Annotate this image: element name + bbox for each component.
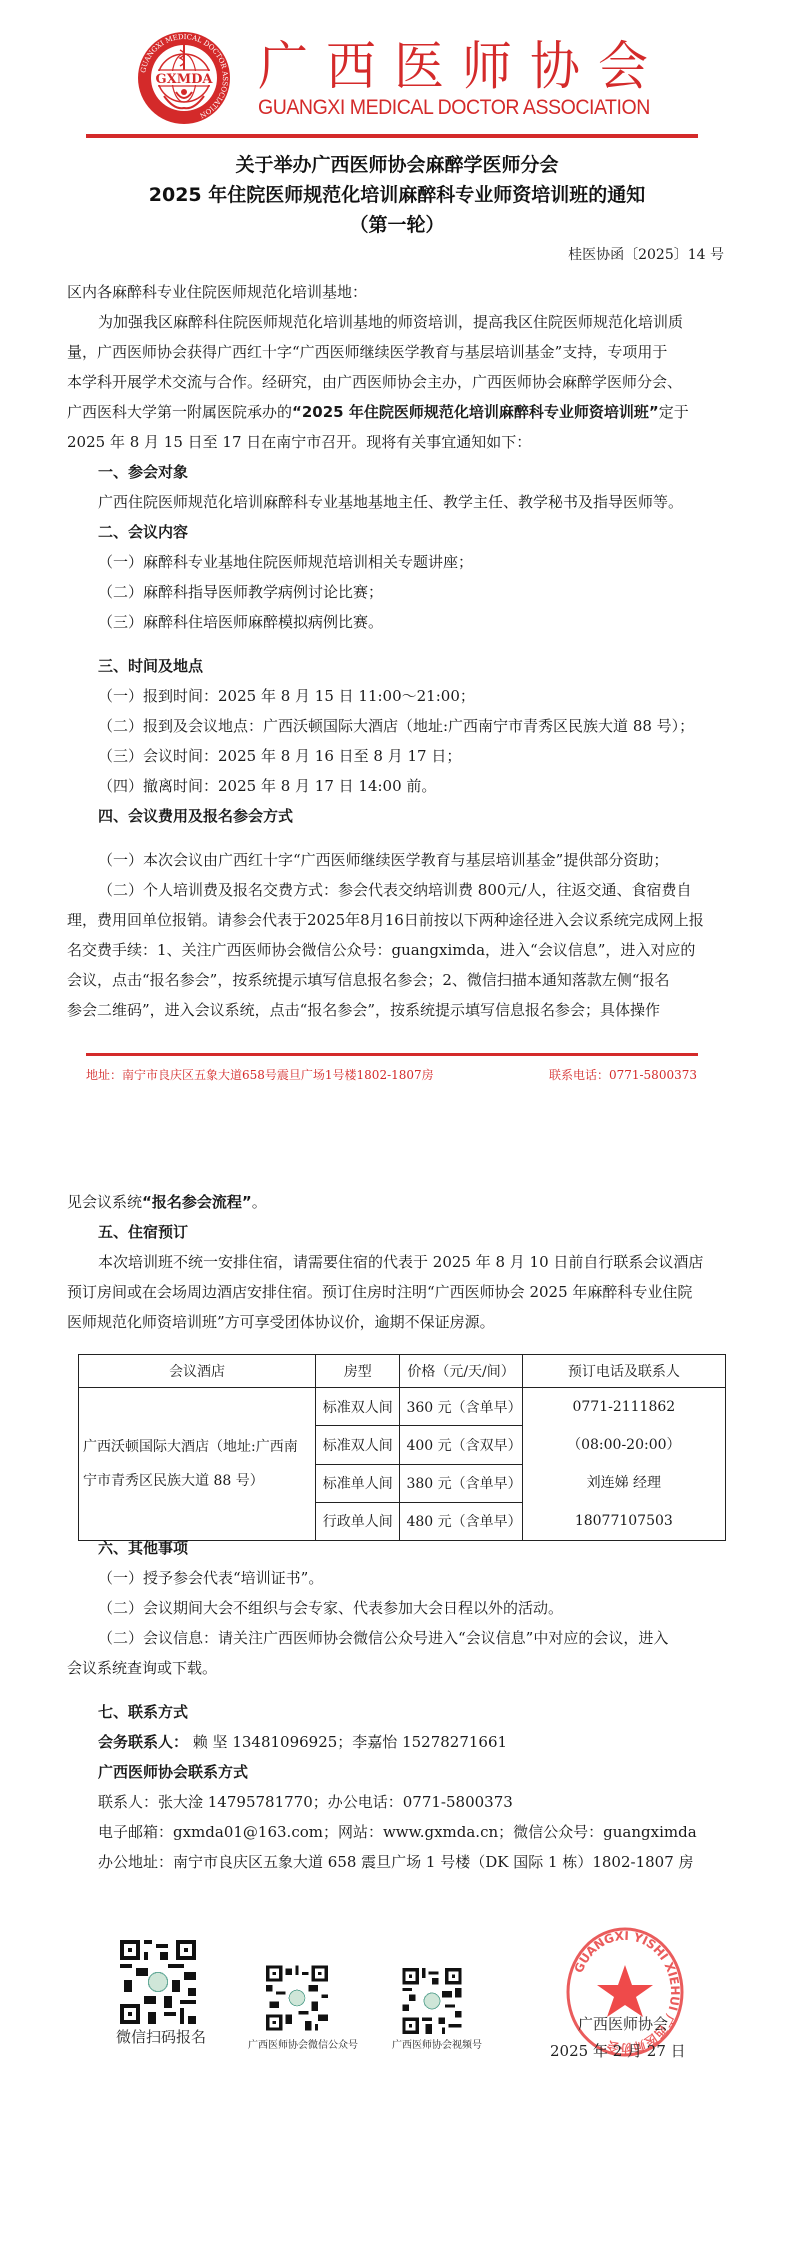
column-header: 房型 [315, 1355, 400, 1388]
registration-process-emphasis: “报名参会流程” [142, 1193, 252, 1211]
list-item: （三）麻醉科住培医师麻醉模拟病例比赛。 [98, 612, 758, 632]
table-header-row: 会议酒店 房型 价格（元/天/间） 预订电话及联系人 [79, 1355, 726, 1388]
org-name-chinese: 广西医师协会 [258, 35, 678, 98]
list-item: （二）麻醉科指导医师教学病例讨论比赛； [98, 582, 758, 602]
list-item: （三）会议时间：2025 年 8 月 16 日至 8 月 17 日； [98, 746, 758, 766]
notice-title-line3: （第一轮） [0, 210, 794, 237]
price-cell: 400 元（含双早） [400, 1426, 522, 1464]
contact-person-line: 联系人：张大淦 14795781770；办公电话：0771-5800373 [98, 1792, 758, 1812]
registration-qr-code[interactable] [120, 1940, 196, 2024]
intro-text: 广西医科大学第一附属医院承办的 [67, 403, 292, 421]
booking-contact-cell: 0771-2111862 （08:00-20:00） 刘连娣 经理 180771… [522, 1388, 725, 1541]
signing-date: 2025 年 2 月 27 日 [550, 2040, 686, 2061]
section-body: 广西住院医师规范化培训麻醉科专业基地基地主任、教学主任、教学秘书及指导医师等。 [98, 492, 758, 512]
price-cell: 360 元（含单早） [400, 1388, 522, 1426]
list-item: （一）报到时间：2025 年 8 月 15 日 11:00～21:00； [98, 686, 758, 706]
qr-code-icon [120, 1940, 196, 2024]
svg-text:GXMDA: GXMDA [156, 72, 214, 87]
section-heading-attendees: 一、参会对象 [98, 462, 758, 482]
section-heading-other: 六、其他事项 [98, 1538, 758, 1558]
signing-organization: 广西医师协会 [578, 2013, 668, 2034]
email-website-line: 电子邮箱：gxmda01@163.com；网站：www.gxmda.cn；微信公… [98, 1822, 758, 1842]
header-divider [86, 134, 698, 138]
booking-mobile: 18077107503 [523, 1502, 725, 1540]
affairs-contact-line: 会务联系人： 赖 坚 13481096925；李嘉怡 15278271661 [98, 1732, 758, 1752]
table-row: 广西沃顿国际大酒店（地址:广西南宁市青秀区民族大道 88 号） 标准双人间 36… [79, 1388, 726, 1426]
footer-divider [86, 1053, 698, 1056]
fee-paragraph: 会议，点击“报名参会”，按系统提示填写信息报名参会；2、微信扫描本通知落款左侧“… [67, 970, 727, 990]
accommodation-paragraph: 本次培训班不统一安排住宿，请需要住宿的代表于 2025 年 8 月 10 日前自… [98, 1252, 726, 1272]
list-item: （二）会议期间大会不组织与会专家、代表参加大会日程以外的活动。 [98, 1598, 758, 1618]
logo-emblem-icon: GXMDA GUANGXI MEDICAL DOCTOR ASSOCIATION [136, 30, 232, 126]
price-cell: 380 元（含单早） [400, 1464, 522, 1502]
training-name-emphasis: “2025 年住院医师规范化培训麻醉科专业师资培训班” [292, 403, 659, 421]
intro-line: 2025 年 8 月 15 日至 17 日在南宁市召开。现将有关事宜通知如下： [67, 432, 727, 452]
footer-phone: 联系电话：0771-5800373 [549, 1066, 697, 1083]
qr-caption: 微信扫码报名 [116, 2026, 206, 2047]
column-header: 预订电话及联系人 [522, 1355, 725, 1388]
footer-address: 地址：南宁市良庆区五象大道658号震旦广场1号楼1802-1807房 [86, 1066, 434, 1083]
price-cell: 480 元（含单早） [400, 1502, 522, 1540]
list-item: （二）报到及会议地点：广西沃顿国际大酒店（地址:广西南宁市青秀区民族大道 88 … [98, 716, 758, 736]
office-address-line: 办公地址：南宁市良庆区五象大道 658 震旦广场 1 号楼（DK 国际 1 栋）… [98, 1852, 758, 1872]
video-account-qr-code[interactable] [402, 1968, 462, 2034]
intro-line: 广西医科大学第一附属医院承办的“2025 年住院医师规范化培训麻醉科专业师资培训… [67, 402, 727, 422]
intro-line: 本学科开展学术交流与合作。经研究，由广西医师协会主办，广西医师协会麻醉学医师分会… [67, 372, 727, 392]
list-item: （一）麻醉科专业基地住院医师规范培训相关专题讲座； [98, 552, 758, 572]
column-header: 会议酒店 [79, 1355, 316, 1388]
list-item: 会议系统查询或下载。 [67, 1658, 727, 1678]
wechat-official-account-qr-code[interactable] [266, 1965, 328, 2031]
notice-title-line2: 2025 年住院医师规范化培训麻醉科专业师资培训班的通知 [0, 180, 794, 207]
fee-paragraph: 参会二维码”，进入会议系统，点击“报名参会”，按系统提示填写信息报名参会；具体操… [67, 1000, 727, 1020]
section-heading-accommodation: 五、住宿预订 [98, 1222, 758, 1242]
room-type-cell: 行政单人间 [315, 1502, 400, 1540]
room-type-cell: 标准单人间 [315, 1464, 400, 1502]
accommodation-paragraph: 医师规范化师资培训班”方可享受团体协议价，逾期不保证房源。 [67, 1312, 727, 1332]
hotel-table: 会议酒店 房型 价格（元/天/间） 预订电话及联系人 广西沃顿国际大酒店（地址:… [78, 1354, 726, 1541]
salutation: 区内各麻醉科专业住院医师规范化培训基地： [67, 282, 727, 302]
list-item: （四）撤离时间：2025 年 8 月 17 日 14:00 前。 [98, 776, 758, 796]
booking-person: 刘连娣 经理 [523, 1464, 725, 1502]
document-number: 桂医协函〔2025〕14 号 [568, 244, 724, 264]
fee-paragraph: 理，费用回单位报销。请参会代表于2025年8月16日前按以下两种途径进入会议系统… [67, 910, 727, 930]
qr-caption: 广西医师协会视频号 [392, 2036, 482, 2051]
column-header: 价格（元/天/间） [400, 1355, 522, 1388]
affairs-contact-value: 赖 坚 13481096925；李嘉怡 15278271661 [188, 1733, 507, 1751]
registration-process-line: 见会议系统“报名参会流程”。 [67, 1192, 727, 1212]
room-type-cell: 标准双人间 [315, 1388, 400, 1426]
fee-paragraph: （一）本次会议由广西红十字“广西医师继续医学教育与基层培训基金”提供部分资助； [98, 850, 758, 870]
list-item: （二）会议信息：请关注广西医师协会微信公众号进入“会议信息”中对应的会议，进入 [98, 1628, 726, 1648]
section-heading-fees-registration: 四、会议费用及报名参会方式 [98, 806, 758, 826]
org-name-english: GUANGXI MEDICAL DOCTOR ASSOCIATION [258, 96, 649, 120]
qr-code-icon [402, 1968, 462, 2034]
notice-title-line1: 关于举办广西医师协会麻醉学医师分会 [0, 150, 794, 177]
room-type-cell: 标准双人间 [315, 1426, 400, 1464]
booking-phone: 0771-2111862 [523, 1388, 725, 1426]
fee-paragraph: 名交费手续：1、关注广西医师协会微信公众号：guangximda，进入“会议信息… [67, 940, 727, 960]
list-item: （一）授予参会代表“培训证书”。 [98, 1568, 758, 1588]
text: 见会议系统 [67, 1193, 142, 1211]
association-logo: GXMDA GUANGXI MEDICAL DOCTOR ASSOCIATION [136, 30, 232, 126]
text: 。 [252, 1193, 267, 1211]
hotel-name-cell: 广西沃顿国际大酒店（地址:广西南宁市青秀区民族大道 88 号） [79, 1388, 316, 1541]
affairs-contact-label: 会务联系人： [98, 1733, 188, 1751]
section-heading-contact: 七、联系方式 [98, 1702, 758, 1722]
accommodation-paragraph: 预订房间或在会场周边酒店安排住宿。预订住房时注明“广西医师协会 2025 年麻醉… [67, 1282, 727, 1302]
qr-code-icon [266, 1965, 328, 2031]
section-heading-content: 二、会议内容 [98, 522, 758, 542]
qr-caption: 广西医师协会微信公众号 [248, 2036, 358, 2051]
section-heading-time-place: 三、时间及地点 [98, 656, 758, 676]
intro-line: 量，广西医师协会获得广西红十字“广西医师继续医学教育与基层培训基金”支持，专项用… [67, 342, 727, 362]
booking-hours: （08:00-20:00） [523, 1426, 725, 1464]
intro-text: 定于 [659, 403, 689, 421]
association-contact-heading: 广西医师协会联系方式 [98, 1762, 758, 1782]
intro-line: 为加强我区麻醉科住院医师规范化培训基地的师资培训，提高我区住院医师规范化培训质 [98, 312, 726, 332]
fee-paragraph: （二）个人培训费及报名交费方式：参会代表交纳培训费 800元/人，往返交通、食宿… [98, 880, 726, 900]
